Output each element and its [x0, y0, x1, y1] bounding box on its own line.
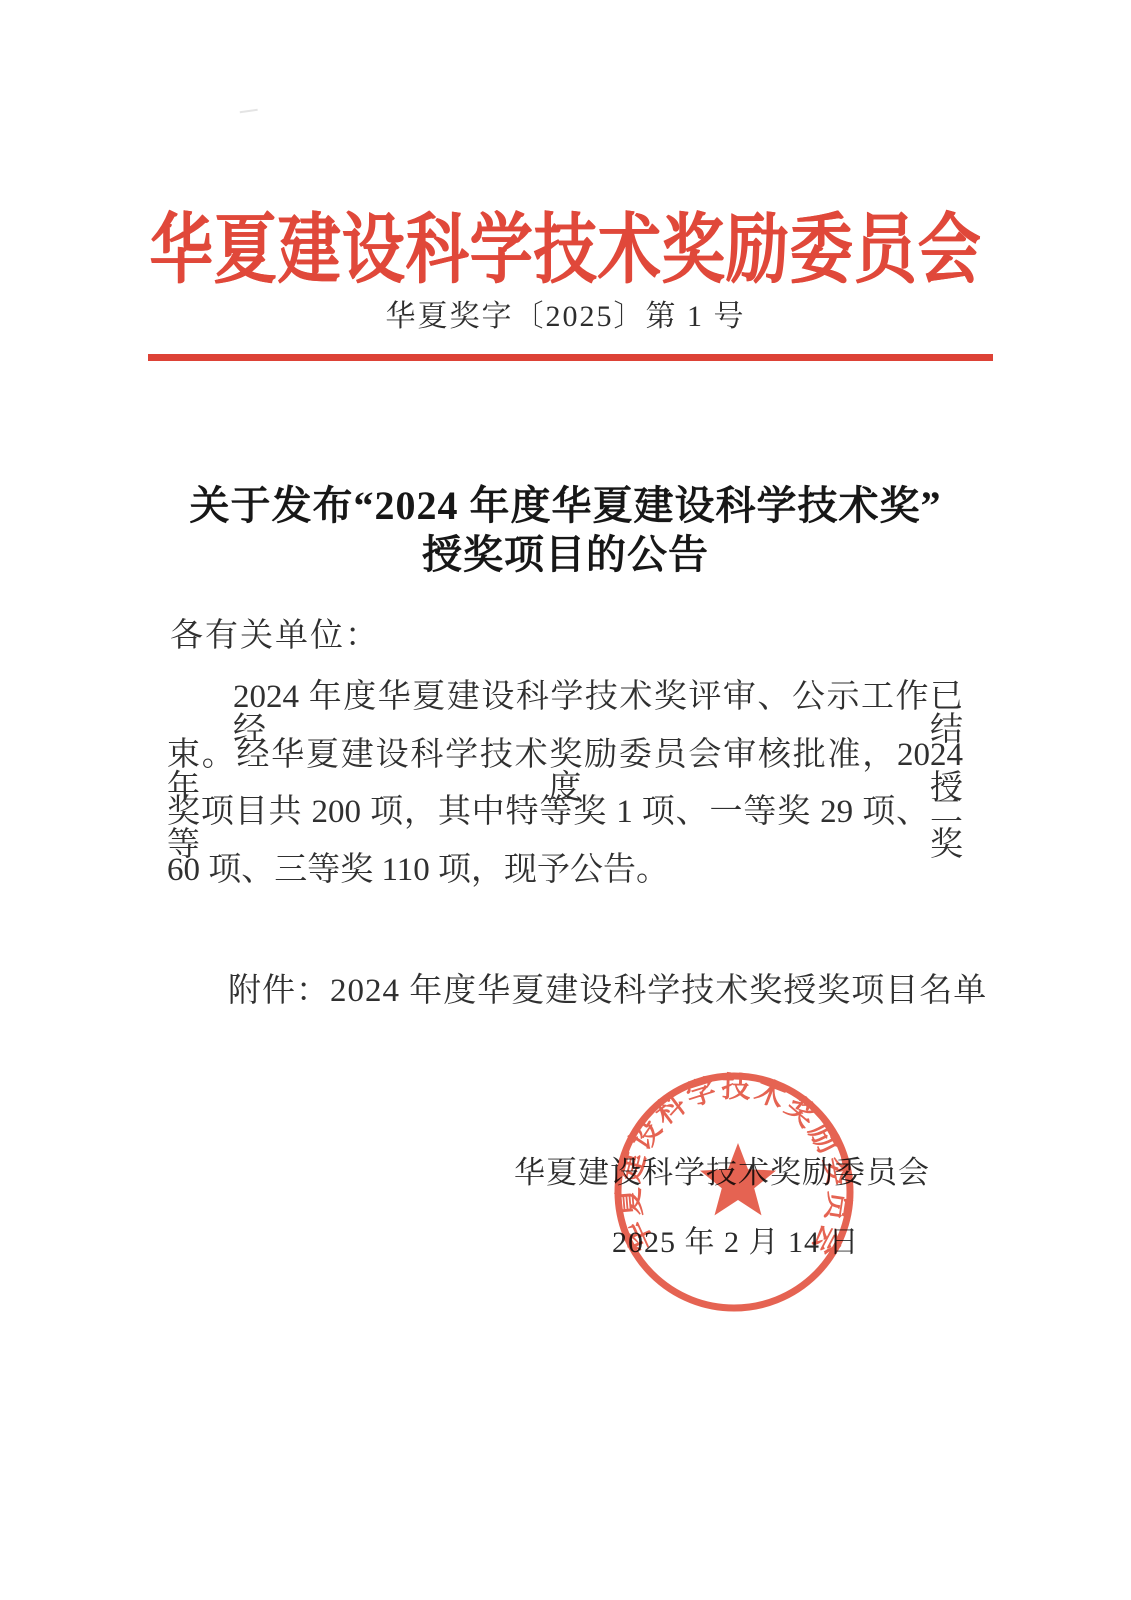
- official-seal: 华夏建设科学技术奖励委员会: [604, 1062, 864, 1322]
- attachment-note: 附件：2024 年度华夏建设科学技术奖授奖项目名单: [228, 975, 987, 1008]
- salutation: 各有关单位：: [170, 620, 380, 653]
- announcement-title-line2: 授奖项目的公告: [0, 523, 1131, 580]
- document-page: 华夏建设科学技术奖励委员会 华夏奖字〔2025〕第 1 号 关于发布“2024 …: [0, 0, 1131, 1600]
- doc-number: 华夏奖字〔2025〕第 1 号: [0, 291, 1131, 335]
- scan-artifact: [240, 109, 259, 117]
- org-title: 华夏建设科学技术奖励委员会: [0, 188, 1131, 299]
- red-rule-divider: [148, 354, 993, 361]
- star-icon: [700, 1143, 776, 1215]
- paragraph-line: 60 项、三等奖 110 项，现予公告。: [167, 854, 963, 887]
